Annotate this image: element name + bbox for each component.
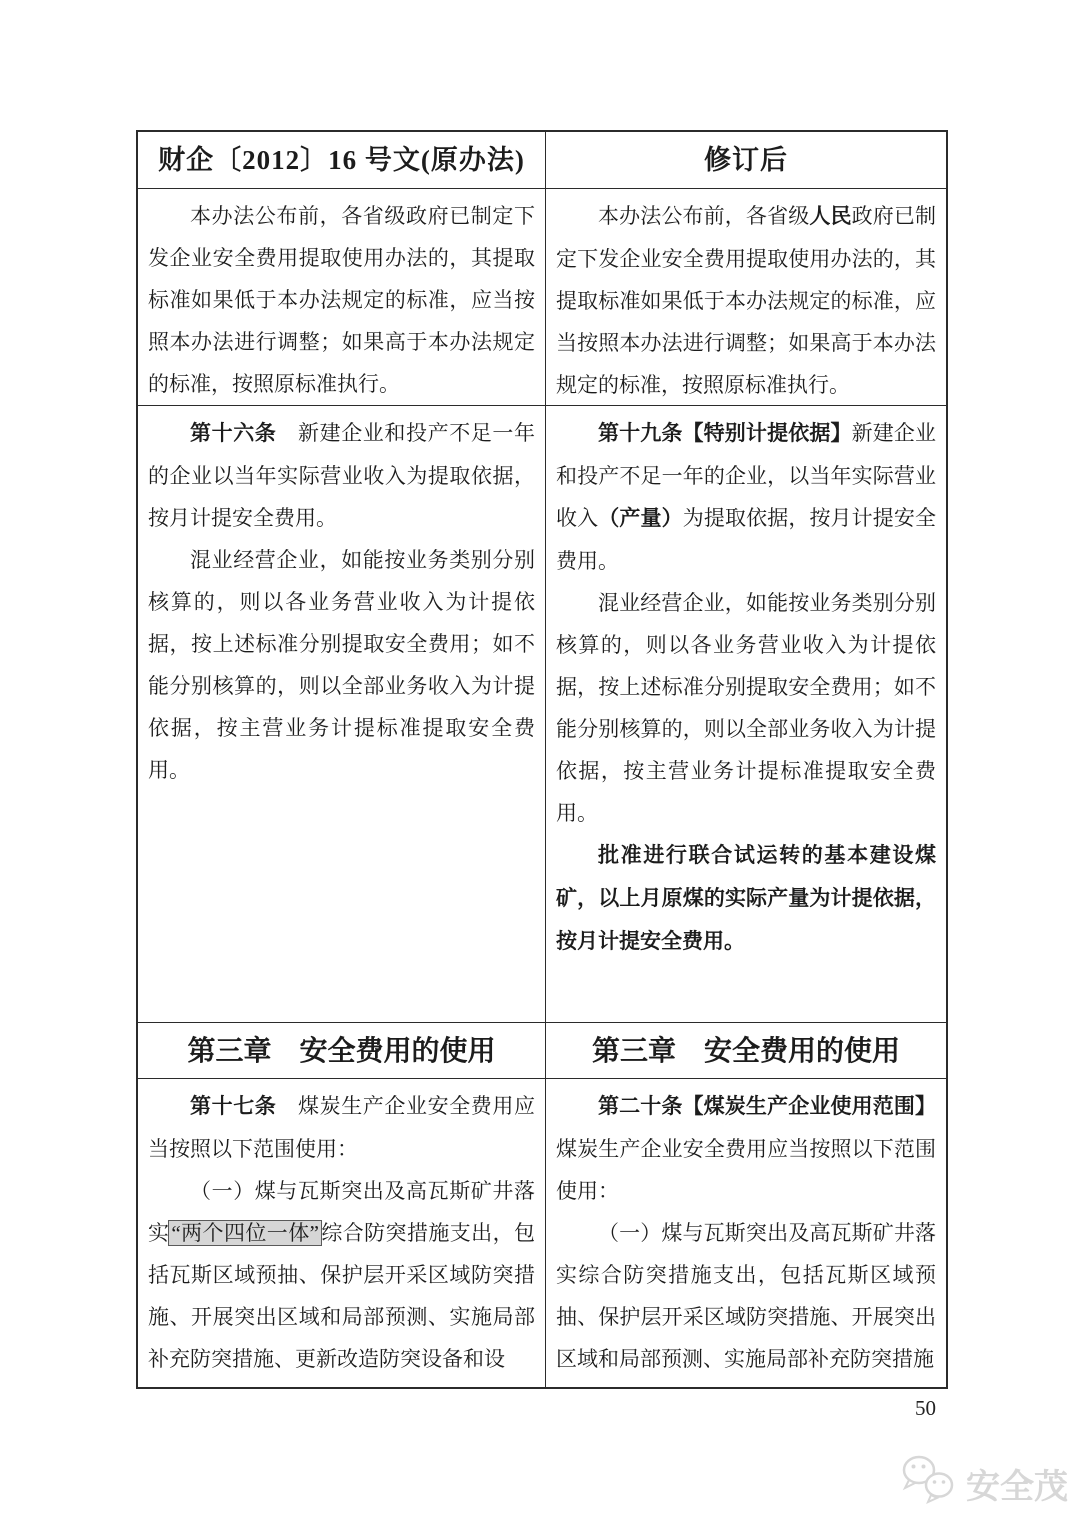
table-row: 本办法公布前，各省级政府已制定下发企业安全费用提取使用办法的，其提取标准如果低于… [138,188,946,405]
article-number-label: 第二十条【煤炭生产企业使用范围】 [598,1095,936,1118]
paragraph: 混业经营企业，如能按业务类别分别核算的，则以各业务营业收入为计提依据，按上述标准… [556,582,936,834]
page-number: 50 [915,1396,936,1421]
paragraph: 第十九条【特别计提依据】新建企业和投产不足一年的企业，以当年实际营业收入（产量）… [556,412,936,582]
article-number-label: 第十九条【特别计提依据】 [598,422,852,445]
text-segment: 混业经营企业，如能按业务类别分别核算的，则以各业务营业收入为计提依据，按上述标准… [556,591,936,825]
wechat-logo-icon [898,1452,960,1515]
text-segment: 本办法公布前，各省级 [598,204,809,228]
text-segment: （一）煤与瓦斯突出及高瓦斯矿井落实综合防突措施支出，包括瓦斯区域预抽、保护层开采… [556,1221,936,1371]
cell-original-article-16: 第十六条 新建企业和投产不足一年的企业以当年实际营业收入为提取依据，按月计提安全… [138,406,545,1022]
paragraph: 第十六条 新建企业和投产不足一年的企业以当年实际营业收入为提取依据，按月计提安全… [148,412,535,539]
bold-text-segment: 人民 [809,205,851,228]
article-number-label: 第十六条 [190,422,276,445]
document-page: 财企〔2012〕16 号文(原办法) 修订后 本办法公布前，各省级政府已制定下发… [0,0,1080,1527]
comparison-table: 财企〔2012〕16 号文(原办法) 修订后 本办法公布前，各省级政府已制定下发… [136,130,948,1389]
cell-revised-provision: 本办法公布前，各省级人民政府已制定下发企业安全费用提取使用办法的，其提取标准如果… [545,189,946,405]
paragraph: 第十七条 煤炭生产企业安全费用应当按照以下范围使用： [148,1085,535,1170]
chapter-heading-row: 第三章 安全费用的使用 第三章 安全费用的使用 [138,1022,946,1078]
chapter-heading-revised: 第三章 安全费用的使用 [545,1023,946,1078]
bold-text-segment: 批准进行联合试运转的基本建设煤矿，以上月原煤的实际产量为计提依据，按月计提安全费… [556,844,936,953]
paragraph: 本办法公布前，各省级人民政府已制定下发企业安全费用提取使用办法的，其提取标准如果… [556,195,936,405]
paragraph: 第二十条【煤炭生产企业使用范围】煤炭生产企业安全费用应当按照以下范围使用： [556,1085,936,1212]
cell-revised-article-20: 第二十条【煤炭生产企业使用范围】煤炭生产企业安全费用应当按照以下范围使用： （一… [545,1079,946,1387]
chapter-heading-original: 第三章 安全费用的使用 [138,1023,545,1078]
cell-original-article-17: 第十七条 煤炭生产企业安全费用应当按照以下范围使用： （一）煤与瓦斯突出及高瓦斯… [138,1079,545,1387]
table-header-row: 财企〔2012〕16 号文(原办法) 修订后 [138,132,946,188]
text-segment: 本办法公布前，各省级政府已制定下发企业安全费用提取使用办法的，其提取标准如果低于… [148,204,535,396]
column-header-original: 财企〔2012〕16 号文(原办法) [138,132,545,188]
paragraph: 本办法公布前，各省级政府已制定下发企业安全费用提取使用办法的，其提取标准如果低于… [148,195,535,405]
article-number-label: 第十七条 [190,1095,276,1118]
text-segment: 政府已制定下发企业安全费用提取使用办法的，其提取标准如果低于本办法规定的标准，应… [556,204,936,397]
table-row: 第十七条 煤炭生产企业安全费用应当按照以下范围使用： （一）煤与瓦斯突出及高瓦斯… [138,1078,946,1387]
paragraph: （一）煤与瓦斯突出及高瓦斯矿井落实综合防突措施支出，包括瓦斯区域预抽、保护层开采… [556,1212,936,1380]
cell-revised-article-19: 第十九条【特别计提依据】新建企业和投产不足一年的企业，以当年实际营业收入（产量）… [545,406,946,1022]
watermark: 安全茂 [898,1452,1068,1515]
cell-original-provision: 本办法公布前，各省级政府已制定下发企业安全费用提取使用办法的，其提取标准如果低于… [138,189,545,405]
column-header-revised: 修订后 [545,132,946,188]
bold-text-segment: （产量） [598,507,682,530]
table-row: 第十六条 新建企业和投产不足一年的企业以当年实际营业收入为提取依据，按月计提安全… [138,405,946,1022]
text-segment: 煤炭生产企业安全费用应当按照以下范围使用： [556,1137,936,1203]
paragraph: 混业经营企业，如能按业务类别分别核算的，则以各业务营业收入为计提依据，按上述标准… [148,539,535,791]
watermark-text: 安全茂 [966,1459,1068,1508]
text-segment: 混业经营企业，如能按业务类别分别核算的，则以各业务营业收入为计提依据，按上述标准… [148,548,535,782]
paragraph: （一）煤与瓦斯突出及高瓦斯矿井落实“两个四位一体”综合防突措施支出，包括瓦斯区域… [148,1170,535,1380]
highlighted-term: “两个四位一体” [169,1221,321,1245]
paragraph: 批准进行联合试运转的基本建设煤矿，以上月原煤的实际产量为计提依据，按月计提安全费… [556,834,936,963]
